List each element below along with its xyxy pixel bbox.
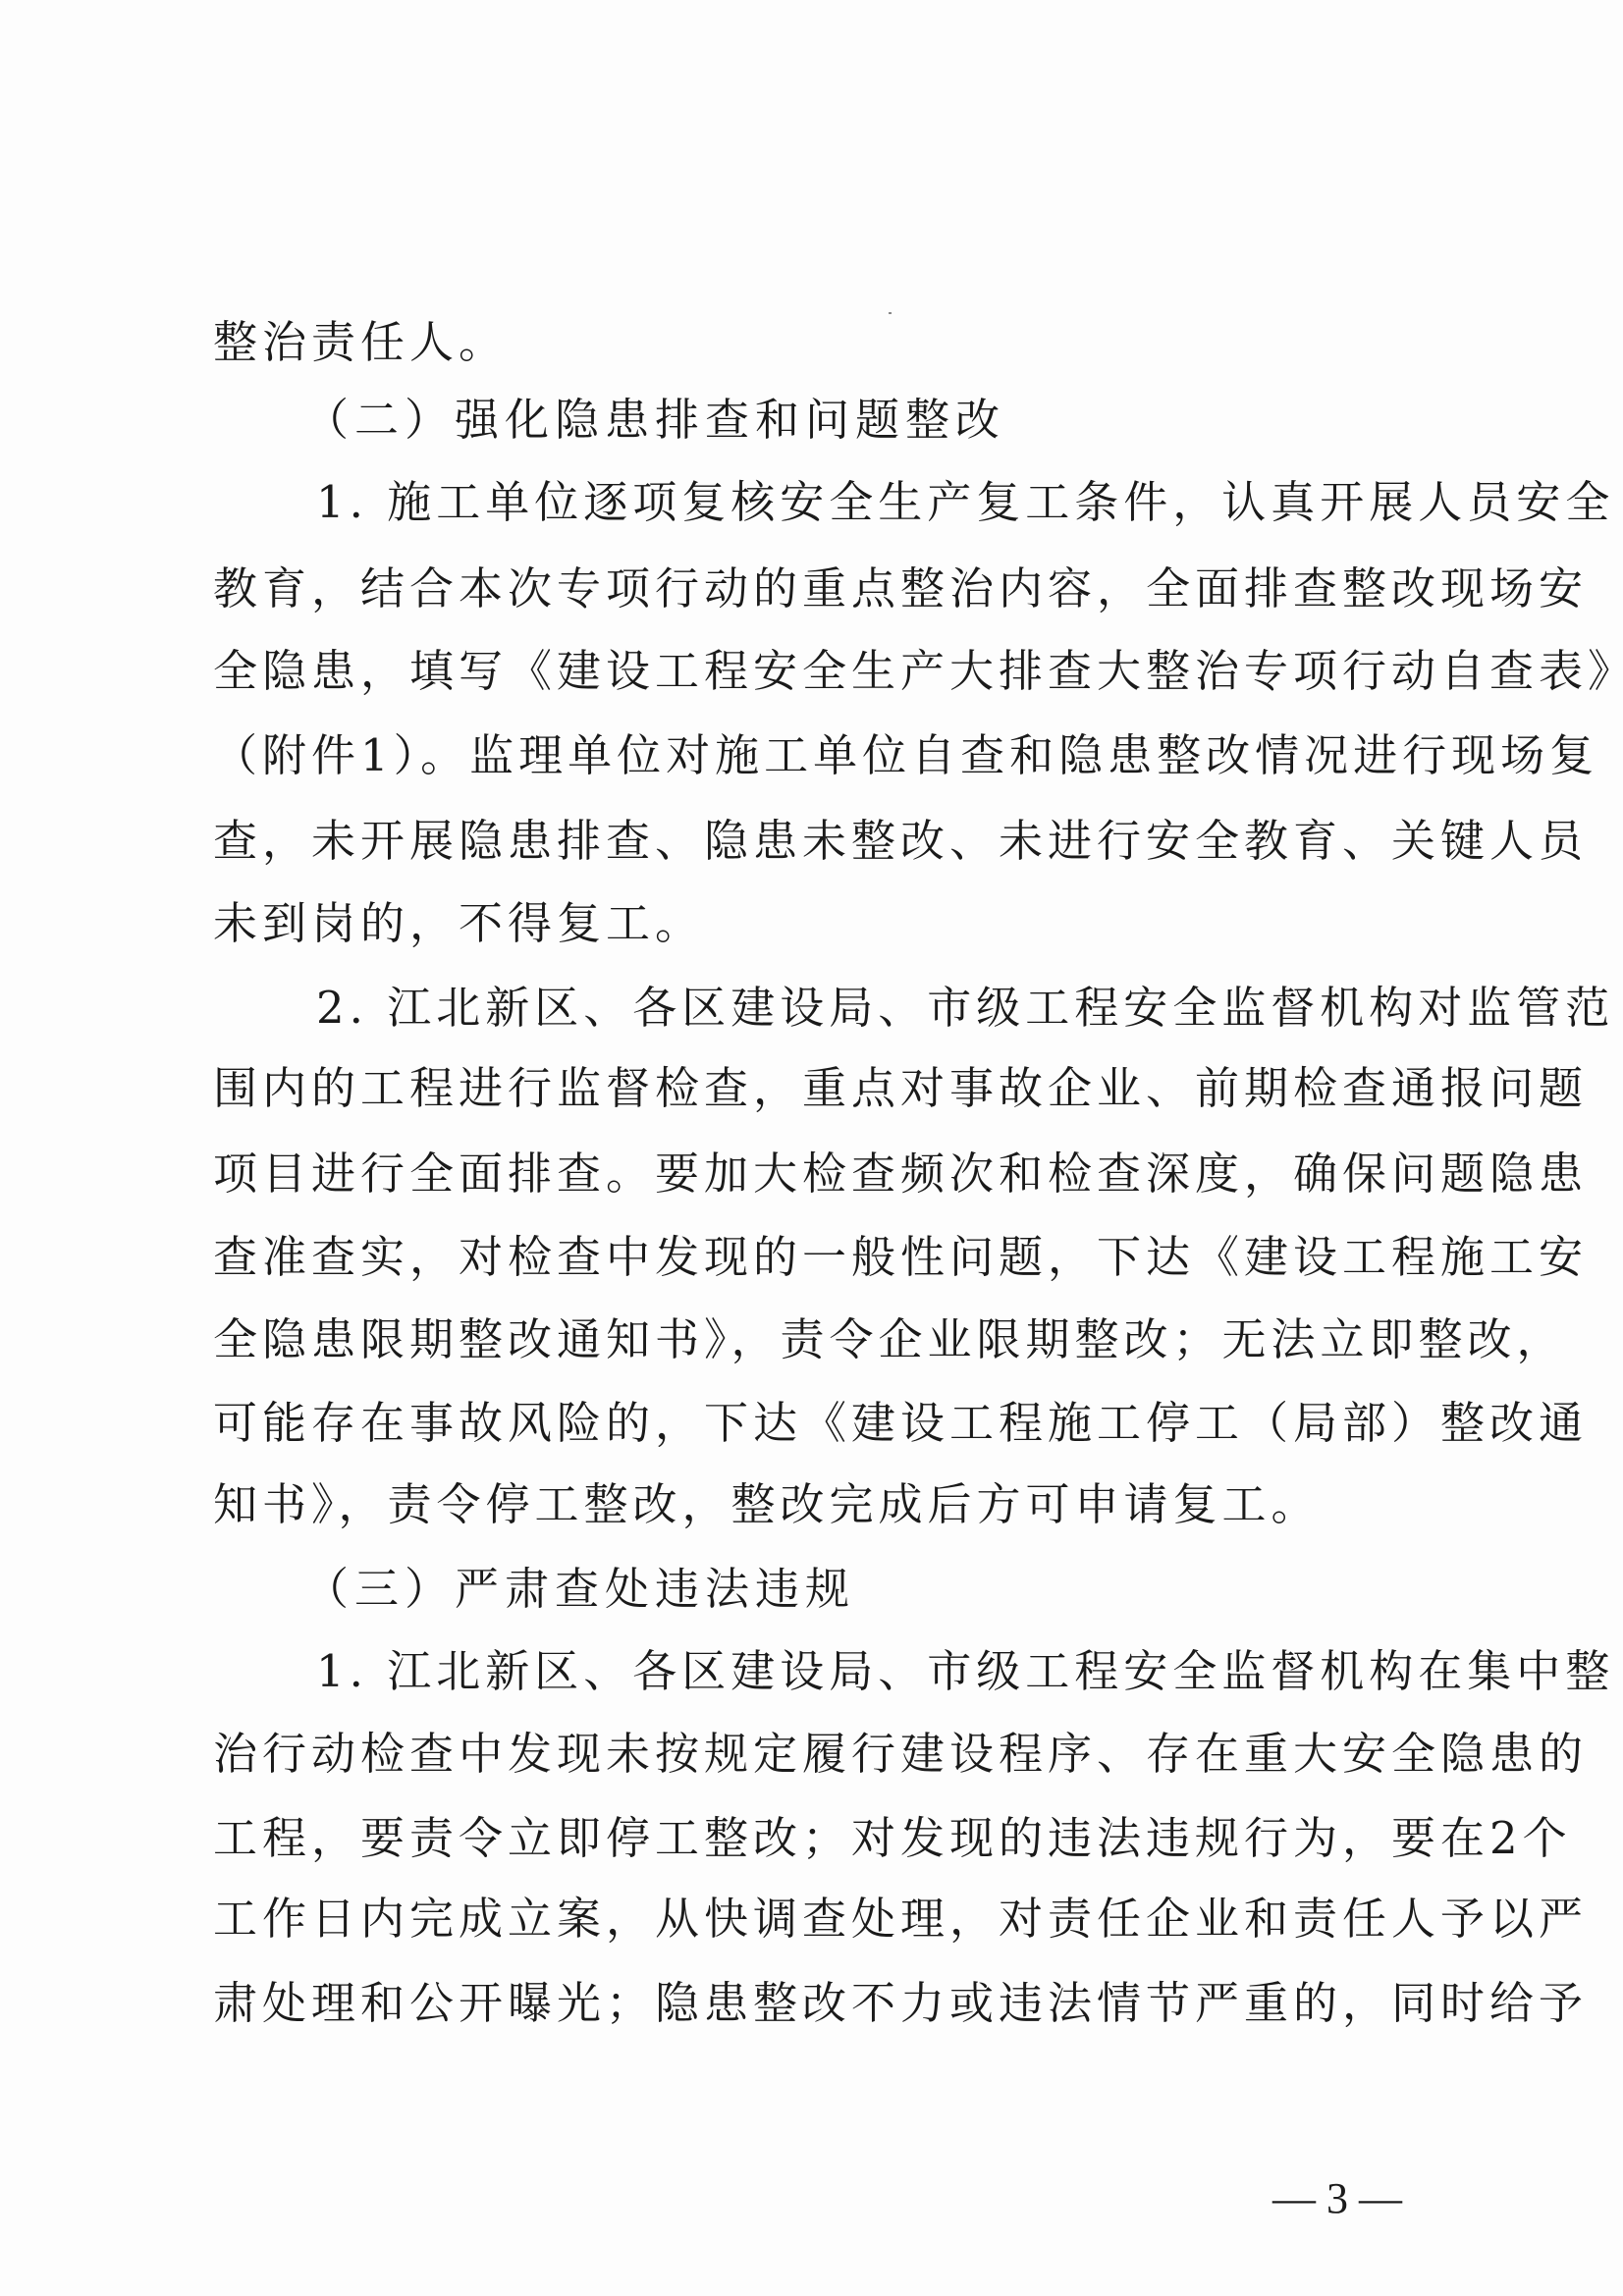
text-line: 整治责任人。	[213, 313, 1431, 372]
text-line: 围内的工程进行监督检查，重点对事故企业、前期检查通报问题	[213, 1059, 1431, 1118]
text-line: （附件1）。监理单位对施工单位自查和隐患整改情况进行现场复	[213, 726, 1431, 785]
text-line: 知书》，责令停工整改，整改完成后方可申请复工。	[213, 1475, 1431, 1534]
text-line: 教育，结合本次专项行动的重点整治内容，全面排查整改现场安	[213, 560, 1431, 618]
section-heading: （三）严肃查处违法违规	[304, 1560, 855, 1619]
text-line: 2. 江北新区、各区建设局、市级工程安全监督机构对监管范	[316, 979, 1431, 1038]
page-number: — 3 —	[1272, 2174, 1402, 2223]
text-line: 工程，要责令立即停工整改；对发现的违法违规行为，要在2个	[213, 1809, 1431, 1868]
text-line: 全隐患限期整改通知书》，责令企业限期整改；无法立即整改，	[213, 1310, 1431, 1369]
text-line: 肃处理和公开曝光；隐患整改不力或违法情节严重的，同时给予	[213, 1974, 1431, 2033]
document-page: 整治责任人。（二）强化隐患排查和问题整改1. 施工单位逐项复核安全生产复工条件，…	[0, 0, 1623, 2296]
text-line: 未到岗的，不得复工。	[213, 894, 1431, 953]
text-line: 项目进行全面排查。要加大检查频次和检查深度，确保问题隐患	[213, 1145, 1431, 1203]
text-line: 治行动检查中发现未按规定履行建设程序、存在重大安全隐患的	[213, 1725, 1431, 1784]
text-line: 1. 施工单位逐项复核安全生产复工条件，认真开展人员安全	[316, 473, 1431, 532]
section-heading: （二）强化隐患排查和问题整改	[304, 391, 1005, 450]
text-line: 1. 江北新区、各区建设局、市级工程安全监督机构在集中整	[316, 1642, 1431, 1701]
text-line: 可能存在事故风险的，下达《建设工程施工停工（局部）整改通	[213, 1394, 1431, 1453]
text-line: 查，未开展隐患排查、隐患未整改、未进行安全教育、关键人员	[213, 812, 1431, 871]
text-line: 查准查实，对检查中发现的一般性问题，下达《建设工程施工安	[213, 1228, 1431, 1287]
scan-speck	[889, 312, 892, 314]
text-line: 工作日内完成立案，从快调查处理，对责任企业和责任人予以严	[213, 1890, 1431, 1949]
text-line: 全隐患，填写《建设工程安全生产大排查大整治专项行动自查表》	[213, 642, 1431, 701]
